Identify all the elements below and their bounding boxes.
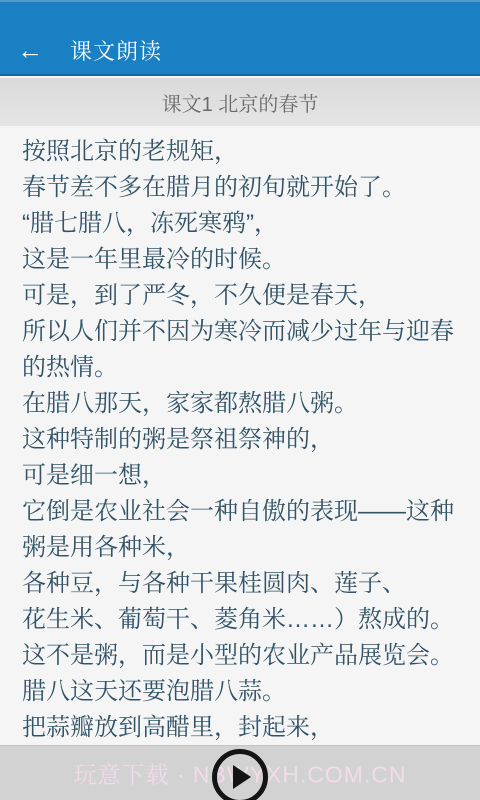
text-line: 这不是粥，而是小型的农业产品展览会。 — [22, 638, 480, 674]
text-line: 所以人们并不因为寒冷而减少过年与迎春 — [22, 314, 480, 350]
text-line: 腊八这天还要泡腊八蒜。 — [22, 674, 480, 710]
text-line: 可是细一想， — [22, 458, 480, 494]
back-arrow-icon: ← — [17, 37, 43, 63]
app-bar: ← 课文朗读 — [0, 0, 480, 76]
text-line: 按照北京的老规矩， — [22, 134, 480, 170]
text-line: 的热情。 — [22, 350, 480, 386]
text-line: 在腊八那天，家家都熬腊八粥。 — [22, 386, 480, 422]
text-line: 把蒜瓣放到高醋里，封起来， — [22, 710, 480, 745]
back-button[interactable]: ← — [6, 26, 54, 74]
lesson-header-bar: 课文1 北京的春节 — [0, 78, 480, 126]
text-line: 粥是用各种米， — [22, 530, 480, 566]
play-button[interactable] — [212, 749, 268, 800]
text-line: 各种豆，与各种干果桂圆肉、莲子、 — [22, 566, 480, 602]
play-icon — [233, 765, 251, 789]
text-content-scroll-area[interactable]: 按照北京的老规矩， 春节差不多在腊月的初旬就开始了。 “腊七腊八，冻死寒鸦”， … — [0, 126, 480, 745]
text-line: 花生米、葡萄干、菱角米……）熬成的。 — [22, 602, 480, 638]
app-screen: ← 课文朗读 课文1 北京的春节 按照北京的老规矩， 春节差不多在腊月的初旬就开… — [0, 0, 480, 800]
bottom-player-bar: 玩意下载 · NBWYXH.COM.CN — [0, 745, 480, 800]
text-line: 它倒是农业社会一种自傲的表现——这种 — [22, 494, 480, 530]
page-title: 课文朗读 — [70, 35, 162, 66]
text-line: 这是一年里最冷的时候。 — [22, 242, 480, 278]
text-line: 这种特制的粥是祭祖祭神的， — [22, 422, 480, 458]
lesson-title: 课文1 北京的春节 — [162, 88, 319, 117]
text-line: 春节差不多在腊月的初旬就开始了。 — [22, 170, 480, 206]
text-line: 可是，到了严冬，不久便是春天， — [22, 278, 480, 314]
text-line: “腊七腊八，冻死寒鸦”， — [22, 206, 480, 242]
app-bar-row: ← 课文朗读 — [0, 24, 480, 76]
